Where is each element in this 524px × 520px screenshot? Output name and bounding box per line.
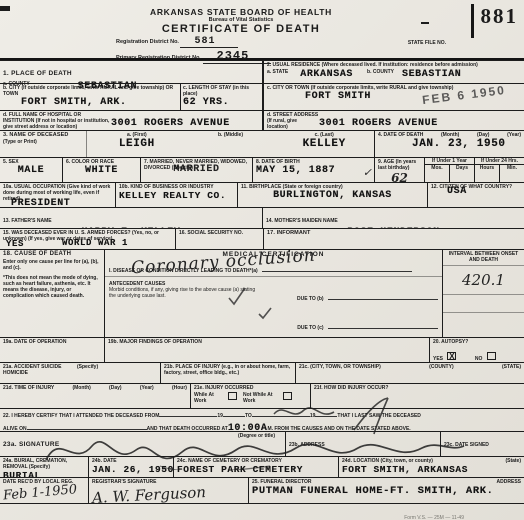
birthplace-value: BURLINGTON, KANSAS [241, 190, 424, 201]
age-label: 9. AGE (In years last birthday) [378, 159, 421, 171]
certify-text-1: 22. I HEREBY CERTIFY THAT I ATTENDED THE… [3, 413, 159, 419]
father-name-label: 13. FATHER'S NAME [3, 218, 52, 224]
date-signed-label: 23c. DATE SIGNED [444, 442, 489, 448]
scan-artifact [421, 22, 429, 24]
due-to-b-label: DUE TO (b) [297, 296, 324, 302]
due-to-c-label: DUE TO (c) [297, 325, 323, 331]
not-while-at-work-label: Not While At Work [243, 392, 277, 404]
armed-forces-yes: YES [6, 239, 24, 249]
board-name: ARKANSAS STATE BOARD OF HEALTH [116, 7, 366, 17]
blank-line [315, 410, 337, 417]
street-address-label: d. STREET ADDRESS (If rural, give locati… [267, 112, 319, 130]
injury-month-label: (Month) [72, 385, 90, 391]
length-of-stay-label: c. LENGTH OF STAY (in this place) [183, 85, 260, 97]
year-label: (Year) [507, 132, 521, 138]
hospital-label: d. FULL NAME OF HOSPITAL OR INSTITUTION … [3, 112, 111, 130]
state-file-number: 881 [481, 4, 519, 29]
antecedent-note: Morbid conditions, if any, giving rise t… [109, 287, 259, 299]
father-name-value: HARRY E. KELLEY [3, 227, 259, 228]
while-at-work-label: While At Work [194, 392, 222, 404]
injury-day-label: (Day) [109, 385, 122, 391]
how-injury-occurred-label: 21f. HOW DID INJURY OCCUR? [314, 385, 521, 391]
name-of-deceased-title: 3. NAME OF DECEASED [3, 132, 83, 139]
injury-occurred-label: 21e. INJURY OCCURRED [194, 385, 307, 391]
autopsy-no-label: NO [475, 356, 483, 362]
mother-name-label: 14. MOTHER'S MAIDEN NAME [266, 218, 338, 224]
operation-findings-label: 19b. MAJOR FINDINGS OF OPERATION [108, 339, 426, 345]
last-name-value: KELLEY [277, 138, 371, 150]
certificate-form: 1. PLACE OF DEATH a. COUNTY SEBASTIAN b.… [0, 58, 524, 504]
certify-death-at: AND THAT DEATH OCCURRED AT [147, 426, 228, 431]
divider [471, 4, 474, 38]
length-of-stay-value: 62 YRS. [183, 97, 260, 108]
usual-residence-title: 2. USUAL RESIDENCE (Where deceased lived… [267, 62, 521, 68]
residence-county-value: SEBASTIAN [402, 69, 461, 80]
blank-line [252, 410, 310, 417]
degree-or-title-label: (Degree or title) [238, 433, 275, 439]
burial-value: BURIAL [3, 470, 85, 477]
address-label: 23b. ADDRESS [289, 442, 325, 448]
sex-value: MALE [3, 165, 59, 176]
scan-artifact [0, 6, 10, 11]
certificate-title: CERTIFICATE OF DEATH [116, 23, 366, 35]
certify-alive-on: ALIVE ON [3, 426, 27, 431]
informant-label: 17. INFORMANT [267, 230, 521, 237]
injury-year-label: (Year) [140, 385, 154, 391]
industry-value: KELLEY REALTY CO. [119, 190, 234, 201]
place-of-death-section: 1. PLACE OF DEATH a. COUNTY SEBASTIAN b.… [0, 61, 262, 130]
months-label: Mos. [425, 165, 449, 182]
specify-label: (Specify) [77, 364, 98, 382]
autopsy-no-checkbox [487, 352, 496, 360]
injury-hour-label: (Hour) [172, 385, 187, 391]
ssn-label: 16. SOCIAL SECURITY NO. [179, 230, 260, 236]
funeral-director-value: PUTMAN FUNERAL HOME-FT. SMITH, ARK. [252, 485, 521, 497]
date-of-death-value: JAN. 23, 1950 [412, 138, 521, 150]
cause-note-2: *This does not mean the mode of dying, s… [3, 275, 101, 299]
cause-note-1: Enter only one cause per line for (a), (… [3, 259, 101, 271]
certify-text-3: M. FROM THE CAUSES AND ON THE DATE STATE… [267, 426, 410, 431]
burial-date-value: JAN. 26, 1950 [92, 464, 170, 475]
not-while-at-work-checkbox [283, 392, 292, 400]
residence-county-label: b. COUNTY [367, 69, 394, 80]
place-of-injury-label: 21b. PLACE OF INJURY (e.g., in or about … [164, 364, 292, 376]
check-mark: ✓ [363, 166, 372, 179]
while-at-work-checkbox [228, 392, 237, 400]
burial-cremation-label: 24a. BURIAL, CREMATION, REMOVAL (Specify… [3, 458, 85, 470]
death-certificate: ARKANSAS STATE BOARD OF HEALTH Bureau of… [0, 0, 524, 520]
first-name-value: LEIGH [90, 138, 184, 150]
time-of-death-value: 10:00A [228, 423, 268, 431]
autopsy-label: 20. AUTOPSY? [433, 339, 521, 345]
blank-line [27, 423, 147, 430]
residence-state-label: a. STATE [267, 69, 288, 80]
registration-district-label: Registration District No. [116, 39, 179, 45]
cemetery-value: FOREST PARK CEMETERY [177, 464, 335, 475]
interval-value: 420.1 [445, 271, 522, 289]
burial-location-state-label: (State) [505, 458, 521, 464]
registration-district-value: 581 [180, 36, 237, 48]
residence-state-value: ARKANSAS [300, 69, 353, 80]
burial-location-value: FORT SMITH, ARKANSAS [342, 464, 521, 475]
state-file-label: STATE FILE NO. [408, 40, 446, 46]
autopsy-yes-label: YES [433, 356, 443, 362]
middle-name-label: b. (Middle) [184, 132, 278, 138]
days-label: Days [449, 165, 474, 182]
date-of-birth-value: MAY 15, 1887 [256, 165, 371, 176]
interval-label: INTERVAL BETWEEN ONSET AND DEATH [445, 251, 522, 263]
blank-line [223, 410, 245, 417]
certificate-header: ARKANSAS STATE BOARD OF HEALTH Bureau of… [0, 0, 524, 58]
race-value: WHITE [66, 165, 137, 176]
place-city-label: b. CITY (If outside corporate limits, wr… [3, 85, 177, 97]
cause-of-death-title: 18. CAUSE OF DEATH [3, 251, 101, 257]
funeral-director-address-label: ADDRESS [497, 479, 521, 485]
armed-forces-war: WORLD WAR 1 [62, 238, 128, 248]
hospital-value: 3001 ROGERS AVENUE [111, 118, 230, 130]
minutes-label: Min. [499, 165, 524, 182]
injury-state-label: (STATE) [502, 364, 521, 382]
mother-name-value: ROSE HENDERSON [266, 227, 521, 228]
signature-label: 23a. SIGNATURE [3, 441, 59, 448]
usual-residence-section: 2. USUAL RESIDENCE (Where deceased lived… [262, 61, 524, 130]
place-of-death-title: 1. PLACE OF DEATH [3, 70, 72, 77]
place-city-value: FORT SMITH, ARK. [21, 97, 177, 108]
injury-city-label: 21c. (CITY, TOWN, OR TOWNSHIP) [299, 364, 381, 382]
citizenship-label: 12. CITIZEN OF WHAT COUNTRY? [431, 184, 521, 190]
marital-status-value: MARRIED [144, 164, 249, 175]
under-one-year-label: If Under 1 Year [425, 158, 474, 164]
name-of-deceased-subtitle: (Type or Print) [3, 139, 83, 145]
injury-county-label: (COUNTY) [429, 364, 453, 382]
street-address-value: 3001 ROGERS AVENUE [319, 118, 438, 130]
occupation-value: PRESIDENT [11, 198, 112, 207]
write-line [328, 293, 438, 300]
under-24-hours-label: If Under 24 Hrs. [475, 158, 524, 164]
hours-label: Hours [475, 165, 499, 182]
write-line [328, 322, 438, 329]
blank-line [159, 410, 217, 417]
time-of-injury-label: 21d. TIME OF INJURY [3, 385, 54, 391]
form-number-note: Form V.S. — 25M — 11-49 [404, 515, 464, 520]
certify-to: TO [245, 413, 252, 419]
accident-suicide-homicide-label: 21a. ACCIDENT SUICIDE HOMICIDE [3, 364, 63, 382]
autopsy-yes-checkbox: X [447, 352, 456, 360]
age-value: 62 [378, 171, 421, 182]
date-of-operation-label: 19a. DATE OF OPERATION [3, 339, 101, 345]
certify-text-2: THAT I LAST SAW THE DECEASED [337, 413, 421, 419]
